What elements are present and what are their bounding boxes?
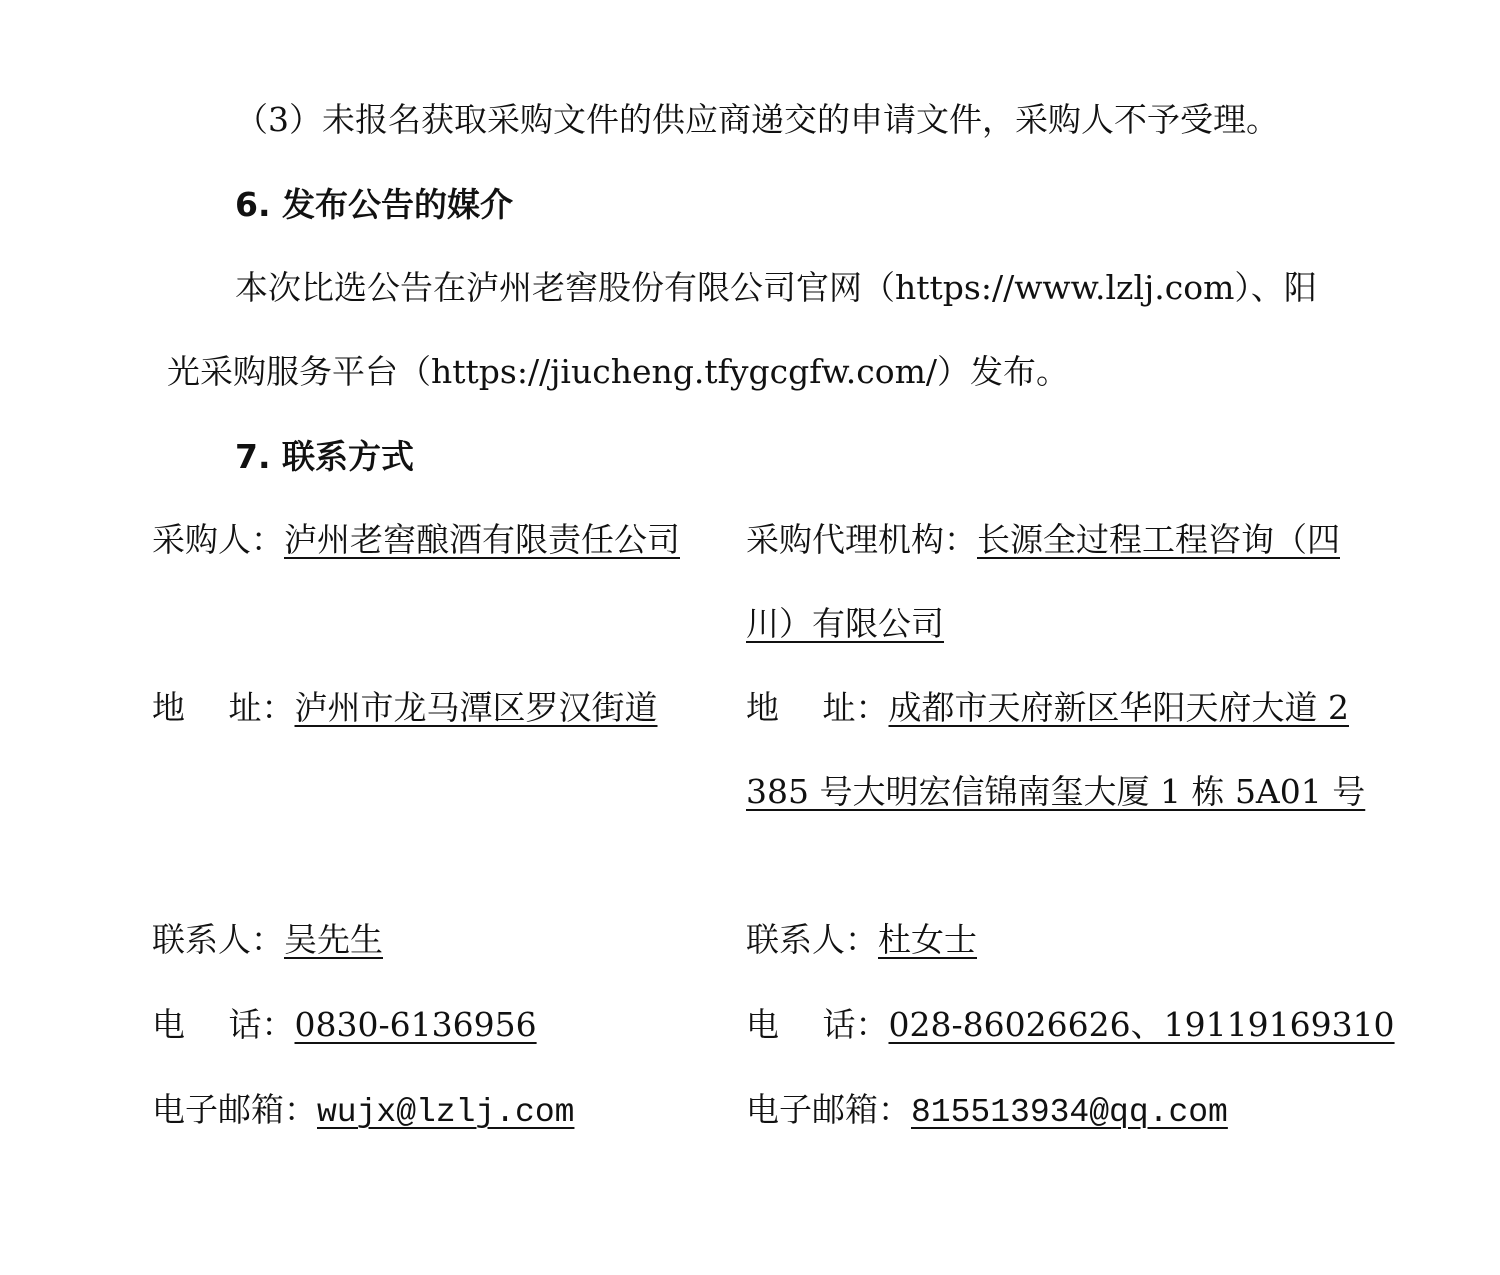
agency-address-line2-row: 385 号大明宏信锦南玺大厦 1 栋 5A01 号 <box>746 772 1365 812</box>
agency-email[interactable]: 815513934@qq.com <box>911 1093 1201 1133</box>
agency-address-row: 地 址：成都市天府新区华阳天府大道 2 <box>746 688 1349 728</box>
item-3-text: （3）未报名获取采购文件的供应商递交的申请文件，采购人不予受理。 <box>235 100 1279 140</box>
agency-contact-row: 联系人：杜女士 <box>746 920 1030 960</box>
agency-label: 采购代理机构： <box>746 520 977 559</box>
purchaser-phone[interactable]: 0830-6136956 <box>295 1005 537 1045</box>
purchaser-address-row: 地 址：泸州市龙马潭区罗汉街道 <box>152 688 658 728</box>
purchaser-phone-label: 电 话： <box>152 1005 295 1044</box>
agency-name-line1: 长源全过程工程咨询（四 <box>977 520 1340 560</box>
purchaser-name: 泸州老窖酿酒有限责任公司 <box>284 520 710 560</box>
agency-name-line2-row: 川）有限公司 <box>746 604 944 644</box>
purchaser-row: 采购人：泸州老窖酿酒有限责任公司 <box>152 520 710 560</box>
agency-email-label: 电子邮箱： <box>746 1090 911 1129</box>
agency-phone-label: 电 话： <box>746 1005 889 1044</box>
agency-address-line2: 385 号大明宏信锦南玺大厦 1 栋 5A01 号 <box>746 772 1365 812</box>
agency-address-line1: 成都市天府新区华阳天府大道 2 <box>889 688 1350 728</box>
agency-row: 采购代理机构：长源全过程工程咨询（四 <box>746 520 1340 560</box>
purchaser-email-row: 电子邮箱：wujx@lzlj.com <box>152 1090 557 1133</box>
section-7-heading: 7. 联系方式 <box>235 437 414 477</box>
section-6-paragraph-line2: 光采购服务平台（https://jiucheng.tfygcgfw.com/）发… <box>167 352 1069 392</box>
purchaser-address: 泸州市龙马潭区罗汉街道 <box>295 688 658 728</box>
purchaser-email[interactable]: wujx@lzlj.com <box>317 1093 557 1133</box>
section-6-paragraph-line1: 本次比选公告在泸州老窖股份有限公司官网（https://www.lzlj.com… <box>235 268 1317 308</box>
purchaser-address-label: 地 址： <box>152 688 295 727</box>
purchaser-email-label: 电子邮箱： <box>152 1090 317 1129</box>
agency-address-label: 地 址： <box>746 688 889 727</box>
agency-name-line2: 川）有限公司 <box>746 604 944 644</box>
agency-contact-label: 联系人： <box>746 920 878 959</box>
purchaser-label: 采购人： <box>152 520 284 559</box>
agency-phone-row: 电 话：028-86026626、19119169310 <box>746 1005 1395 1045</box>
section-6-heading: 6. 发布公告的媒介 <box>235 185 513 225</box>
agency-contact: 杜女士 <box>878 920 1030 960</box>
agency-email-row: 电子邮箱：815513934@qq.com <box>746 1090 1201 1133</box>
purchaser-contact-label: 联系人： <box>152 920 284 959</box>
purchaser-contact-row: 联系人：吴先生 <box>152 920 524 960</box>
purchaser-phone-row: 电 话：0830-6136956 <box>152 1005 537 1045</box>
purchaser-contact: 吴先生 <box>284 920 524 960</box>
agency-phone[interactable]: 028-86026626、19119169310 <box>889 1005 1395 1045</box>
